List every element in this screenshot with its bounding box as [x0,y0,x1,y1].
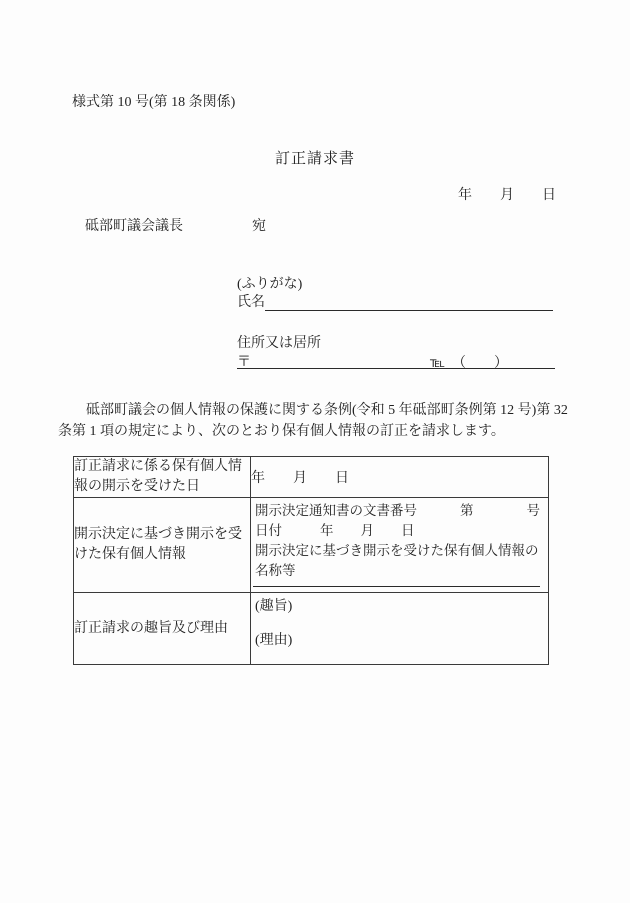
info-name-underline [253,586,540,587]
address-label: 住所又は居所 [237,335,321,352]
request-table: 訂正請求に係る保有個人情報の開示を受けた日 年 月 日 開示決定に基づき開示を受… [73,456,549,665]
cell-disclosed-info-value: 開示決定通知書の文書番号 第 号 日付 年 月 日 開示決定に基づき開示を受けた… [251,498,549,593]
info-name-line-1: 開示決定に基づき開示を受けた保有個人情報の [255,543,539,559]
tel-line: ℡ （ ） [430,352,508,372]
purpose-label: (趣旨) [255,599,292,615]
doc-number-suffix: 号 [527,503,541,519]
name-row: 氏名 [237,295,553,311]
postal-row: 〒 ℡ （ ） [237,351,555,369]
reason-label: (理由) [255,633,292,649]
form-number: 様式第 10 号(第 18 条関係) [72,94,235,111]
cell-purpose-reason-value: (趣旨) (理由) [251,593,549,665]
body-paragraph-line-1: 砥部町議会の個人情報の保護に関する条例(令和 5 年砥部町条例第 12 号)第 … [86,402,568,419]
name-label: 氏名 [237,294,265,311]
cell-purpose-reason-label: 訂正請求の趣旨及び理由 [74,593,251,665]
document-page: 様式第 10 号(第 18 条関係) 訂正請求書 年 月 日 砥部町議会議長 宛… [0,0,630,903]
cell-disclosure-date-value: 年 月 日 [251,457,549,498]
name-underline [265,295,553,311]
table-row-purpose-reason: 訂正請求の趣旨及び理由 (趣旨) (理由) [74,593,549,665]
date-fields: 年 月 日 [320,523,415,539]
info-name-line-2: 名称等 [255,563,296,579]
furigana-label: (ふりがな) [237,276,302,293]
postal-mark: 〒 [237,355,251,370]
date-label: 日付 [255,523,282,539]
cell-disclosed-info-label: 開示決定に基づき開示を受けた保有個人情報 [74,498,251,593]
table-row-disclosed-info: 開示決定に基づき開示を受けた保有個人情報 開示決定通知書の文書番号 第 号 日付… [74,498,549,593]
document-title: 訂正請求書 [0,147,630,168]
addressee: 砥部町議会議長 [85,218,183,235]
doc-number-prefix: 第 [460,503,474,519]
addressee-suffix: 宛 [252,218,266,235]
table-row-disclosure-date: 訂正請求に係る保有個人情報の開示を受けた日 年 月 日 [74,457,549,498]
cell-disclosure-date-label: 訂正請求に係る保有個人情報の開示を受けた日 [74,457,251,498]
date-line: 年 月 日 [458,187,556,204]
doc-number-label: 開示決定通知書の文書番号 [255,503,417,519]
body-paragraph-line-2: 条第 1 項の規定により、次のとおり保有個人情報の訂正を請求します。 [58,423,505,440]
